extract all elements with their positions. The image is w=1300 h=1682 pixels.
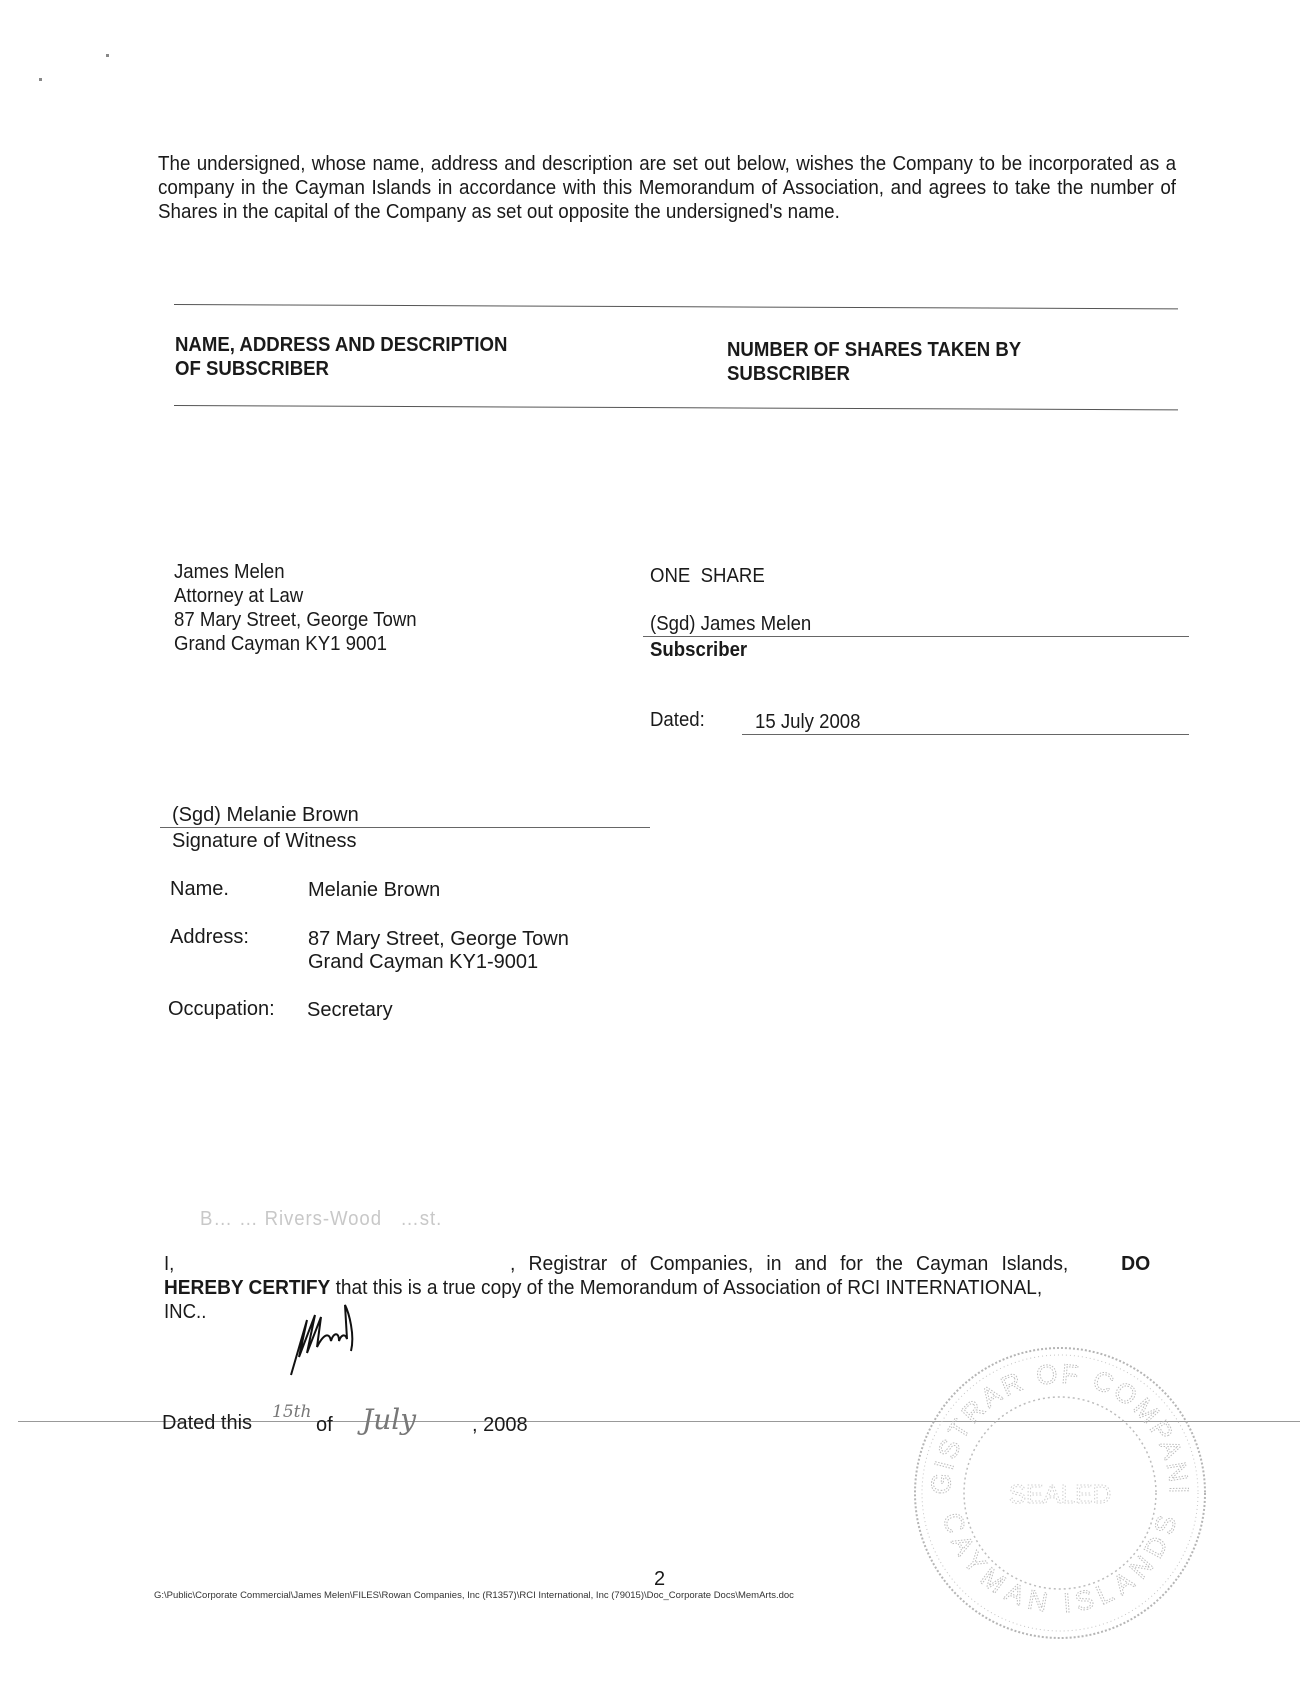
header-name-line1: NAME, ADDRESS AND DESCRIPTION	[175, 333, 507, 357]
witness-signature-label: Signature of Witness	[172, 829, 357, 853]
subscriber-signature-label: Subscriber	[650, 638, 747, 662]
certificate-dated-year: , 2008	[472, 1413, 528, 1437]
witness-address-label: Address:	[170, 925, 249, 949]
witness-name-label: Name.	[170, 877, 229, 901]
certificate-line1-text: , Registrar of Companies, in and for the…	[510, 1252, 1068, 1276]
subscriber-signature: (Sgd) James Melen	[650, 612, 811, 636]
witness-signature-line	[160, 827, 650, 828]
header-shares: NUMBER OF SHARES TAKEN BY SUBSCRIBER	[727, 338, 1021, 386]
page-number: 2	[654, 1568, 665, 1591]
subscriber-name: James Melen	[174, 560, 417, 584]
subscriber-dated-label: Dated:	[650, 708, 705, 732]
svg-text:CAYMAN ISLANDS: CAYMAN ISLANDS	[937, 1509, 1183, 1618]
scan-speck	[39, 78, 42, 81]
witness-occupation-label: Occupation:	[168, 997, 275, 1021]
certificate-dated-prefix: Dated this	[162, 1411, 252, 1435]
certificate-dated-day: 15th	[272, 1402, 311, 1422]
witness-signature: (Sgd) Melanie Brown	[172, 803, 359, 827]
scan-speck	[106, 54, 109, 57]
witness-address-line2: Grand Cayman KY1-9001	[308, 950, 538, 974]
registrar-signature-icon	[285, 1295, 375, 1380]
svg-text:SEALED: SEALED	[1009, 1479, 1112, 1509]
registrar-name-stamp: B… … Rivers-Wood …st.	[200, 1208, 442, 1231]
registrar-seal-icon: REGISTRAR OF COMPANIES CAYMAN ISLANDS SE…	[910, 1343, 1210, 1643]
header-shares-line2: SUBSCRIBER	[727, 362, 1021, 386]
witness-name-value: Melanie Brown	[308, 878, 440, 902]
witness-address-line1: 87 Mary Street, George Town	[308, 927, 569, 951]
header-name-line2: OF SUBSCRIBER	[175, 357, 507, 381]
subscriber-shares: ONE SHARE	[650, 564, 765, 588]
subscriber-dated-line	[742, 734, 1189, 735]
header-shares-line1: NUMBER OF SHARES TAKEN BY	[727, 338, 1021, 362]
witness-occupation-value: Secretary	[307, 998, 393, 1022]
subscriber-signature-line	[643, 636, 1189, 637]
footer-file-path: G:\Public\Corporate Commercial\James Mel…	[154, 1590, 794, 1601]
intro-paragraph: The undersigned, whose name, address and…	[158, 152, 1176, 224]
svg-text:REGISTRAR OF COMPANIES: REGISTRAR OF COMPANIES	[910, 1343, 1194, 1497]
header-bottom-rule	[174, 405, 1178, 410]
certificate-line1: , Registrar of Companies, in and for the…	[510, 1252, 1150, 1276]
subscriber-details: James Melen Attorney at Law 87 Mary Stre…	[174, 560, 417, 656]
subscriber-dated-value: 15 July 2008	[755, 710, 860, 734]
certificate-dated-of: of	[316, 1413, 333, 1437]
certificate-line1-bold: DO	[1121, 1252, 1150, 1276]
certificate-dated-month: July	[362, 1403, 416, 1436]
certificate-line1-prefix: I,	[164, 1252, 174, 1276]
header-name-address: NAME, ADDRESS AND DESCRIPTION OF SUBSCRI…	[175, 333, 507, 381]
certificate-line3: INC..	[164, 1300, 206, 1324]
subscriber-address-line1: 87 Mary Street, George Town	[174, 608, 417, 632]
header-top-rule	[174, 304, 1178, 309]
certificate-line2-text: that this is a true copy of the Memorand…	[336, 1277, 1043, 1299]
subscriber-description: Attorney at Law	[174, 584, 417, 608]
subscriber-address-line2: Grand Cayman KY1 9001	[174, 632, 417, 656]
